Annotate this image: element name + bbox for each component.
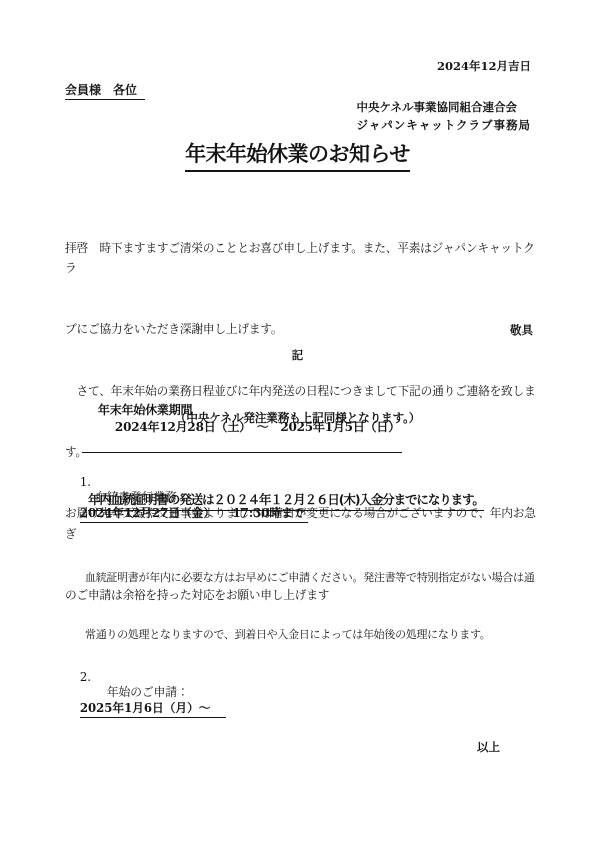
item-label: 年始のご申請： [107, 685, 189, 699]
end-marker: 以上 [477, 739, 500, 755]
closing-word: 敬具 [510, 322, 533, 338]
sender-organization: 中央ケネル事業協同組合連合会 [356, 99, 531, 117]
item-number: 1. [80, 475, 91, 489]
sender-block: 中央ケネル事業協同組合連合会 ジャパンキャットクラブ事務局 [356, 99, 531, 134]
date-line: 2024年12月吉日 [437, 58, 531, 74]
document-page: 2024年12月吉日 会員様 各位 中央ケネル事業協同組合連合会 ジャパンキャッ… [0, 0, 595, 842]
record-marker: 記 [0, 347, 595, 363]
pedigree-shipping-deadline-highlight: 年内血統証明書の発送は２０２４年１２月２６日(木)入金分までになります。 [88, 490, 484, 511]
page-title-text: 年末年始休業のお知らせ [185, 138, 410, 172]
holiday-note: （中央ケネル発注業務も上記同様となります。） [0, 410, 595, 426]
greeting-line: ブにご協力をいただき深謝申し上げます。 [65, 319, 543, 339]
recipient-text: 会員様 各位 [65, 83, 145, 100]
list-item-new-year-application: 2. 年始のご申請： 2025年1月6日（月）～ [65, 656, 226, 730]
note-line: 血統証明書が年内に必要な方はお早めにご申請ください。発注書等で特別指定がない場合… [85, 568, 535, 587]
note-line: 常通りの処理となりますので、到着日や入金日によっては年始後の処理になります。 [85, 625, 535, 644]
item-start-date-value: 2025年1月6日（月）～ [80, 701, 227, 718]
page-title: 年末年始休業のお知らせ [0, 138, 595, 172]
greeting-line: 拝啓 時下ますますご清栄のこととお喜び申し上げます。また、平素はジャパンキャット… [65, 238, 543, 279]
item-number: 2. [80, 670, 91, 684]
recipient-line: 会員様 各位 [65, 81, 145, 98]
sender-office: ジャパンキャットクラブ事務局 [356, 117, 531, 135]
